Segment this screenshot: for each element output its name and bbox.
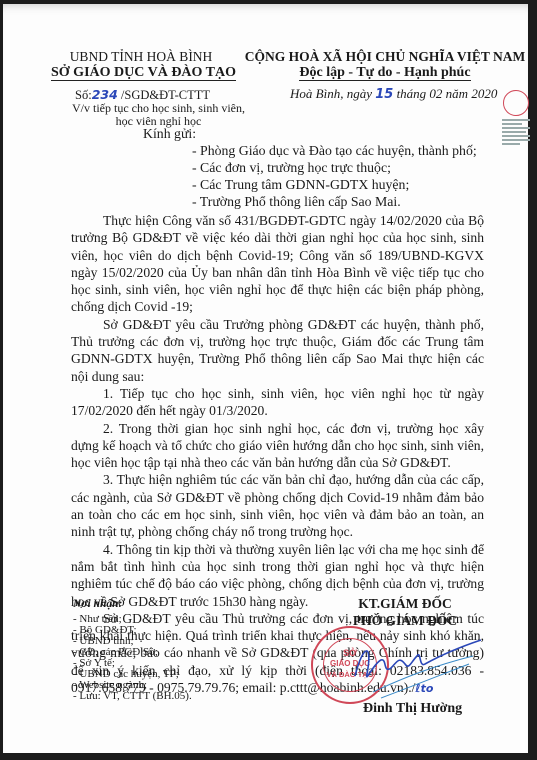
digital-signature-box <box>502 90 532 147</box>
document-subject: V/v tiếp tục cho học sinh, sinh viên, họ… <box>71 102 246 128</box>
body-paragraph: 2. Trong thời gian học sinh nghỉ học, cá… <box>71 420 484 472</box>
body-paragraph: 1. Tiếp tục cho học sinh, sinh viên, học… <box>71 385 484 420</box>
document-page: UBND TỈNH HOÀ BÌNH SỞ GIÁO DỤC VÀ ĐÀO TẠ… <box>3 4 528 753</box>
signature-on-behalf: KT.GIÁM ĐỐC <box>325 596 485 612</box>
recipients-label: Nơi nhận: <box>73 598 122 610</box>
signer-name: Đinh Thị Hường <box>363 701 462 717</box>
mini-stamp-icon <box>503 90 529 116</box>
addressee-item: - Phòng Giáo dục và Đào tạo các huyện, t… <box>192 143 477 159</box>
addressee-item: - Trường Phổ thông liên cấp Sao Mai. <box>192 194 401 210</box>
issuing-authority: UBND TỈNH HOÀ BÌNH <box>51 49 231 65</box>
body-paragraph: Thực hiện Công văn số 431/BGDĐT-GDTC ngà… <box>71 212 484 316</box>
body-paragraph: 3. Thực hiện nghiêm túc các văn bản chỉ … <box>71 471 484 540</box>
addressee-label: Kính gửi: <box>143 126 196 142</box>
addressee-item: - Các đơn vị, trường học trực thuộc; <box>192 160 391 176</box>
recipient-item: - Lưu: VT, CTTT (BH.05). <box>73 690 192 702</box>
issuing-department: SỞ GIÁO DỤC VÀ ĐÀO TẠO <box>51 65 231 81</box>
national-title: CỘNG HOÀ XÃ HỘI CHỦ NGHĨA VIỆT NAM <box>235 49 535 65</box>
body-paragraph: Sở GD&ĐT yêu cầu Trưởng phòng GD&ĐT các … <box>71 316 484 385</box>
document-date: Hoà Bình, ngày 15 tháng 02 năm 2020 <box>290 86 497 102</box>
national-motto: Độc lập - Tự do - Hạnh phúc <box>235 65 535 81</box>
handwritten-day: 15 <box>375 87 393 102</box>
handwritten-doc-number: 234 <box>92 87 118 102</box>
addressee-item: - Các Trung tâm GDNN-GDTX huyện; <box>192 177 409 193</box>
handwritten-signature-icon <box>333 634 483 704</box>
